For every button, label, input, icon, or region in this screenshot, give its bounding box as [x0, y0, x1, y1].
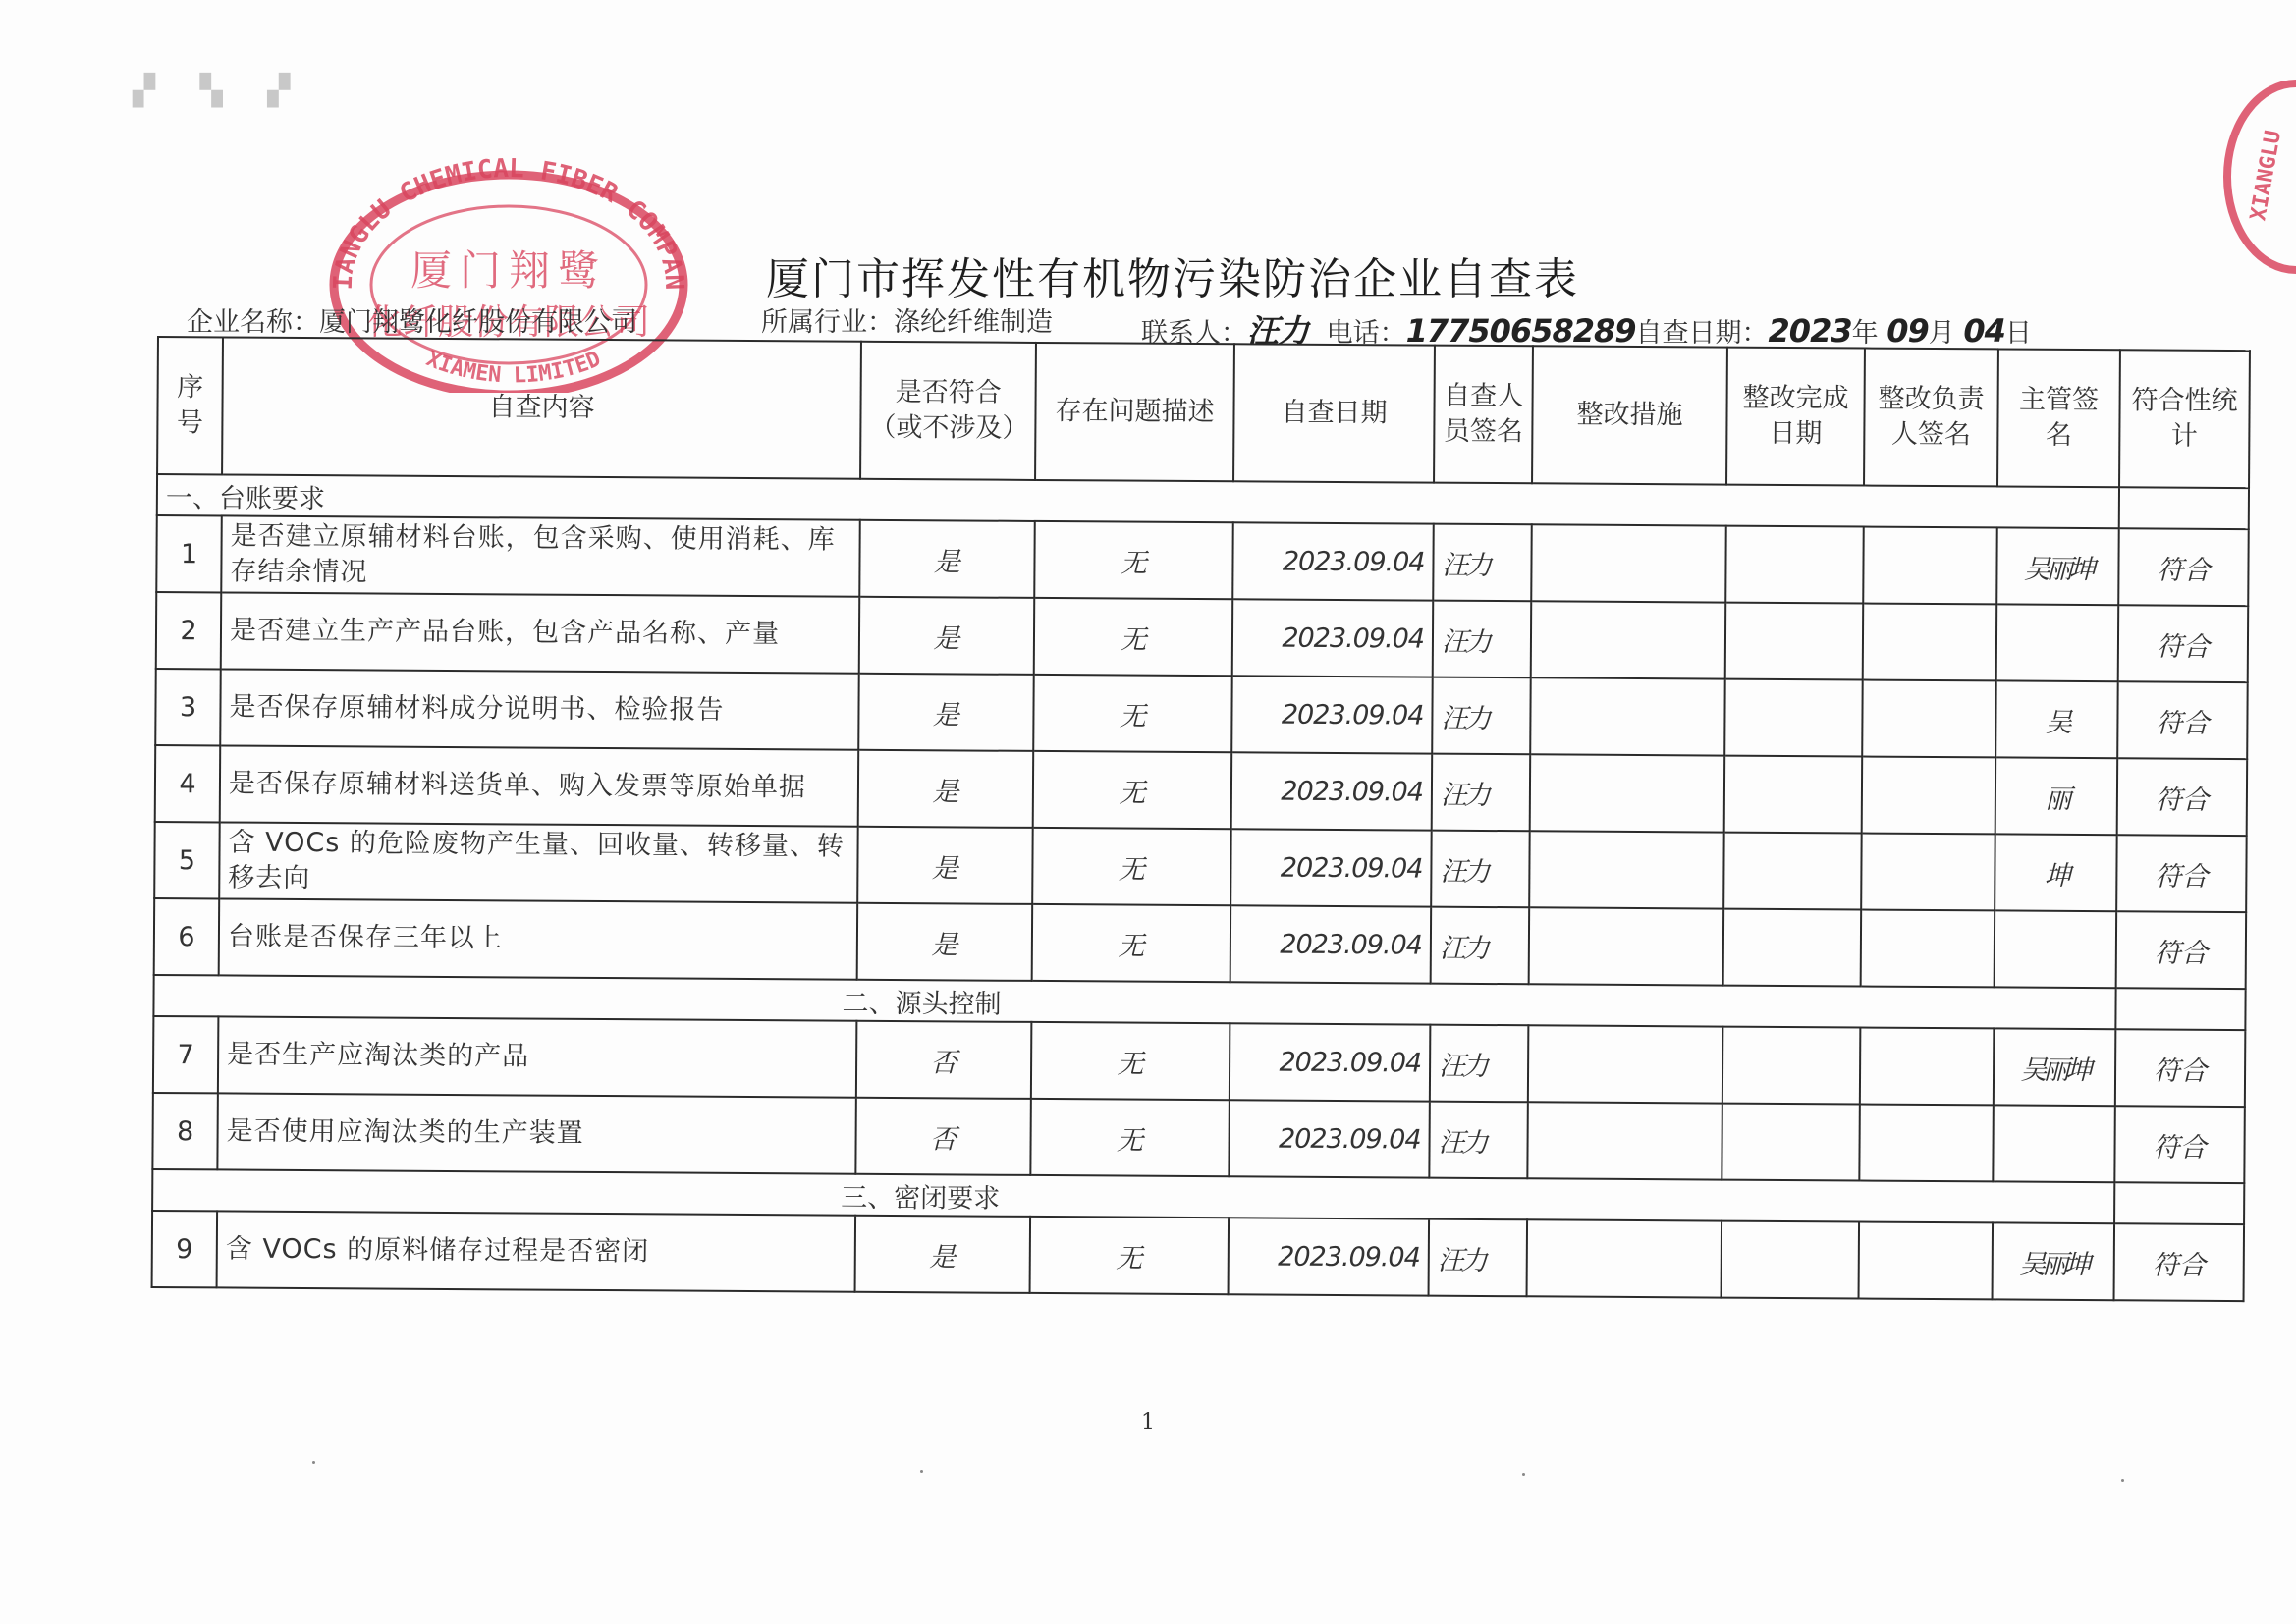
row-number: 1 [156, 515, 222, 592]
table-row: 1是否建立原辅材料台账，包含采购、使用消耗、库存结余情况是无2023.09.04… [156, 515, 2248, 606]
compliance-stat: 符合 [2118, 605, 2249, 682]
compliant-value: 是 [859, 520, 1035, 598]
rectification-owner-signature [1860, 1028, 1995, 1106]
header-col-owner: 整改负责人签名 [1864, 349, 1998, 487]
supervisor-signature: 吴丽坤 [1996, 527, 2119, 605]
issue-description: 无 [1034, 598, 1233, 676]
row-number: 6 [154, 898, 220, 975]
table-row: 7是否生产应淘汰类的产品否无2023.09.04汪力吴丽坤符合 [153, 1016, 2245, 1107]
header-col-inspector: 自查人员签名 [1434, 346, 1533, 484]
industry-value: 涤纶纤维制造 [894, 307, 1053, 338]
inspector-signature: 汪力 [1432, 677, 1531, 755]
table-row: 3是否保存原辅材料成分说明书、检验报告是无2023.09.04汪力吴符合 [155, 669, 2247, 759]
compliant-value: 否 [855, 1098, 1031, 1175]
compliant-value: 是 [858, 750, 1034, 828]
header-col-supervisor: 主管签名 [1997, 349, 2120, 487]
issue-description: 无 [1033, 675, 1232, 752]
compliance-stat: 符合 [2115, 1029, 2246, 1107]
industry-label: 所属行业： [761, 307, 894, 338]
row-number: 9 [152, 1211, 218, 1287]
header-col-stat: 符合性统计 [2119, 350, 2250, 488]
section-stat-cell [2114, 1182, 2244, 1224]
header-col-no: 序号 [157, 337, 223, 474]
inspection-date: 2023.09.04 [1232, 522, 1434, 600]
rectification-measure [1531, 601, 1726, 678]
rectification-measure [1527, 1219, 1722, 1297]
inspector-signature: 汪力 [1429, 1219, 1528, 1297]
rectification-date [1723, 909, 1862, 987]
supervisor-signature: 丽 [1995, 757, 2118, 835]
header-col-done-date: 整改完成日期 [1726, 348, 1865, 486]
rectification-owner-signature [1862, 757, 1996, 835]
rectification-measure [1531, 524, 1726, 602]
self-inspection-table: 序号自查内容是否符合（或不涉及）存在问题描述自查日期自查人员签名整改措施整改完成… [151, 336, 2251, 1302]
rectification-measure [1529, 831, 1724, 908]
rectification-owner-signature [1861, 834, 1995, 911]
section-stat-cell [2115, 988, 2245, 1030]
inspection-date: 2023.09.04 [1229, 1218, 1430, 1295]
compliance-stat: 符合 [2114, 1223, 2245, 1301]
supervisor-signature: 吴丽坤 [1994, 1028, 2116, 1106]
table-row: 8是否使用应淘汰类的生产装置否无2023.09.04汪力符合 [152, 1093, 2244, 1183]
compliant-value: 是 [858, 674, 1034, 751]
row-number: 3 [155, 669, 221, 745]
row-number: 7 [153, 1016, 219, 1093]
header-col-compliant: 是否符合（或不涉及） [860, 342, 1036, 480]
inspection-date: 2023.09.04 [1230, 1023, 1431, 1101]
inspector-signature: 汪力 [1431, 831, 1530, 908]
rectification-owner-signature [1862, 680, 1996, 758]
row-content: 是否生产应淘汰类的产品 [218, 1016, 857, 1097]
inspection-year: 2023 [1769, 312, 1852, 350]
row-content: 是否保存原辅材料送货单、购入发票等原始单据 [220, 745, 859, 826]
issue-description: 无 [1030, 1217, 1230, 1294]
company-seal-right: XIANGLU [2221, 79, 2296, 275]
inspection-day: 04 [1963, 312, 2005, 350]
row-number: 8 [152, 1093, 218, 1169]
year-char: 年 [1852, 318, 1879, 349]
inspection-date: 2023.09.04 [1231, 676, 1433, 753]
rectification-owner-signature [1859, 1222, 1994, 1300]
rectification-date [1722, 1027, 1861, 1105]
compliance-stat: 符合 [2116, 911, 2247, 989]
table-row: 4是否保存原辅材料送货单、购入发票等原始单据是无2023.09.04汪力丽符合 [155, 745, 2247, 836]
inspector-signature: 汪力 [1433, 601, 1532, 678]
day-char: 日 [2005, 318, 2032, 349]
rectification-date [1722, 1221, 1860, 1299]
rectification-measure [1529, 907, 1724, 985]
inspection-date: 2023.09.04 [1231, 752, 1433, 830]
rectification-measure [1530, 677, 1725, 755]
inspection-date: 2023.09.04 [1230, 905, 1432, 983]
scan-dust [2121, 1479, 2124, 1482]
compliant-value: 是 [857, 903, 1033, 981]
compliant-value: 是 [855, 1216, 1031, 1293]
supervisor-signature [1996, 604, 2119, 681]
rectification-date [1722, 1104, 1860, 1181]
table-row: 9含 VOCs 的原料储存过程是否密闭是无2023.09.04汪力吴丽坤符合 [152, 1211, 2244, 1301]
row-content: 台账是否保存三年以上 [219, 898, 858, 979]
issue-description: 无 [1032, 904, 1231, 982]
company-label: 企业名称： [187, 307, 319, 338]
supervisor-signature: 坤 [1995, 834, 2117, 911]
section-stat-cell [2119, 487, 2249, 529]
header-col-measure: 整改措施 [1532, 346, 1727, 484]
document-title: 厦门市挥发性有机物污染防治企业自查表 [766, 244, 1579, 306]
row-content: 含 VOCs 的原料储存过程是否密闭 [217, 1211, 856, 1291]
inspector-signature: 汪力 [1432, 754, 1531, 832]
issue-description: 无 [1032, 828, 1231, 905]
supervisor-signature: 吴 [1995, 680, 2118, 758]
rectification-owner-signature [1863, 527, 1997, 605]
row-content: 含 VOCs 的危险废物产生量、回收量、转移量、转移去向 [219, 822, 858, 902]
rectification-date [1724, 679, 1863, 757]
compliant-value: 否 [856, 1021, 1032, 1099]
rectification-measure [1530, 754, 1725, 832]
page-number: 1 [1141, 1410, 1155, 1435]
row-number: 2 [156, 592, 222, 669]
table-row: 2是否建立生产产品台账，包含产品名称、产量是无2023.09.04汪力符合 [156, 592, 2248, 682]
rectification-owner-signature [1859, 1105, 1994, 1182]
table-header-row: 序号自查内容是否符合（或不涉及）存在问题描述自查日期自查人员签名整改措施整改完成… [157, 337, 2250, 488]
row-content: 是否保存原辅材料成分说明书、检验报告 [220, 669, 859, 749]
table-row: 5含 VOCs 的危险废物产生量、回收量、转移量、转移去向是无2023.09.0… [154, 822, 2246, 912]
company-value: 厦门翔鹭化纤股份有限公司 [319, 307, 637, 338]
inspector-signature: 汪力 [1430, 1025, 1529, 1103]
month-char: 月 [1929, 318, 1955, 349]
inspection-date: 2023.09.04 [1230, 829, 1432, 906]
issue-description: 无 [1034, 521, 1233, 599]
svg-text:XIANGLU: XIANGLU [2246, 129, 2286, 223]
compliant-value: 是 [857, 827, 1033, 904]
header-col-content: 自查内容 [222, 337, 861, 478]
table-row: 6台账是否保存三年以上是无2023.09.04汪力符合 [154, 898, 2246, 989]
rectification-measure [1528, 1025, 1723, 1103]
rectification-date [1725, 526, 1864, 604]
compliance-stat: 符合 [2114, 1106, 2245, 1183]
scan-dust [920, 1470, 923, 1473]
inspection-date-label: 自查日期： [1636, 318, 1769, 349]
scan-dust [1522, 1473, 1525, 1476]
company-field: 企业名称：厦门翔鹭化纤股份有限公司 [187, 300, 637, 339]
rectification-owner-signature [1863, 604, 1997, 681]
compliance-stat: 符合 [2118, 528, 2249, 606]
compliant-value: 是 [859, 597, 1035, 675]
svg-text:XIANGLU CHEMICAL FIBER COMPANY: XIANGLU CHEMICAL FIBER COMPANY [312, 137, 688, 291]
rectification-date [1724, 756, 1863, 834]
issue-description: 无 [1033, 751, 1232, 829]
header-col-date: 自查日期 [1233, 344, 1435, 482]
compliance-stat: 符合 [2117, 681, 2248, 759]
inspector-signature: 汪力 [1431, 907, 1530, 985]
industry-field: 所属行业：涤纶纤维制造 [761, 300, 1053, 339]
scan-dust [312, 1461, 315, 1464]
scan-artifact-mark: ▞ ▚ ▞ [133, 74, 307, 108]
row-content: 是否使用应淘汰类的生产装置 [217, 1093, 856, 1173]
supervisor-signature [1995, 910, 2117, 988]
row-content: 是否建立生产产品台账，包含产品名称、产量 [221, 592, 860, 673]
compliance-stat: 符合 [2117, 758, 2248, 836]
row-number: 4 [155, 745, 221, 822]
svg-text:厦门翔鹭: 厦门翔鹭 [410, 246, 607, 295]
header-col-issue: 存在问题描述 [1035, 343, 1234, 481]
inspector-signature: 汪力 [1429, 1102, 1528, 1179]
rectification-date [1723, 833, 1862, 910]
row-content: 是否建立原辅材料台账，包含采购、使用消耗、库存结余情况 [221, 515, 860, 596]
inspection-month: 09 [1886, 312, 1929, 350]
issue-description: 无 [1031, 1022, 1230, 1100]
supervisor-signature: 吴丽坤 [1993, 1222, 2115, 1300]
inspection-date: 2023.09.04 [1229, 1100, 1430, 1177]
inspector-signature: 汪力 [1433, 524, 1532, 602]
compliance-stat: 符合 [2116, 835, 2247, 912]
rectification-measure [1527, 1102, 1722, 1179]
issue-description: 无 [1030, 1099, 1230, 1176]
row-number: 5 [154, 822, 220, 898]
supervisor-signature [1993, 1105, 2115, 1182]
rectification-date [1725, 603, 1864, 680]
inspection-date: 2023.09.04 [1232, 599, 1434, 677]
rectification-owner-signature [1861, 910, 1995, 988]
